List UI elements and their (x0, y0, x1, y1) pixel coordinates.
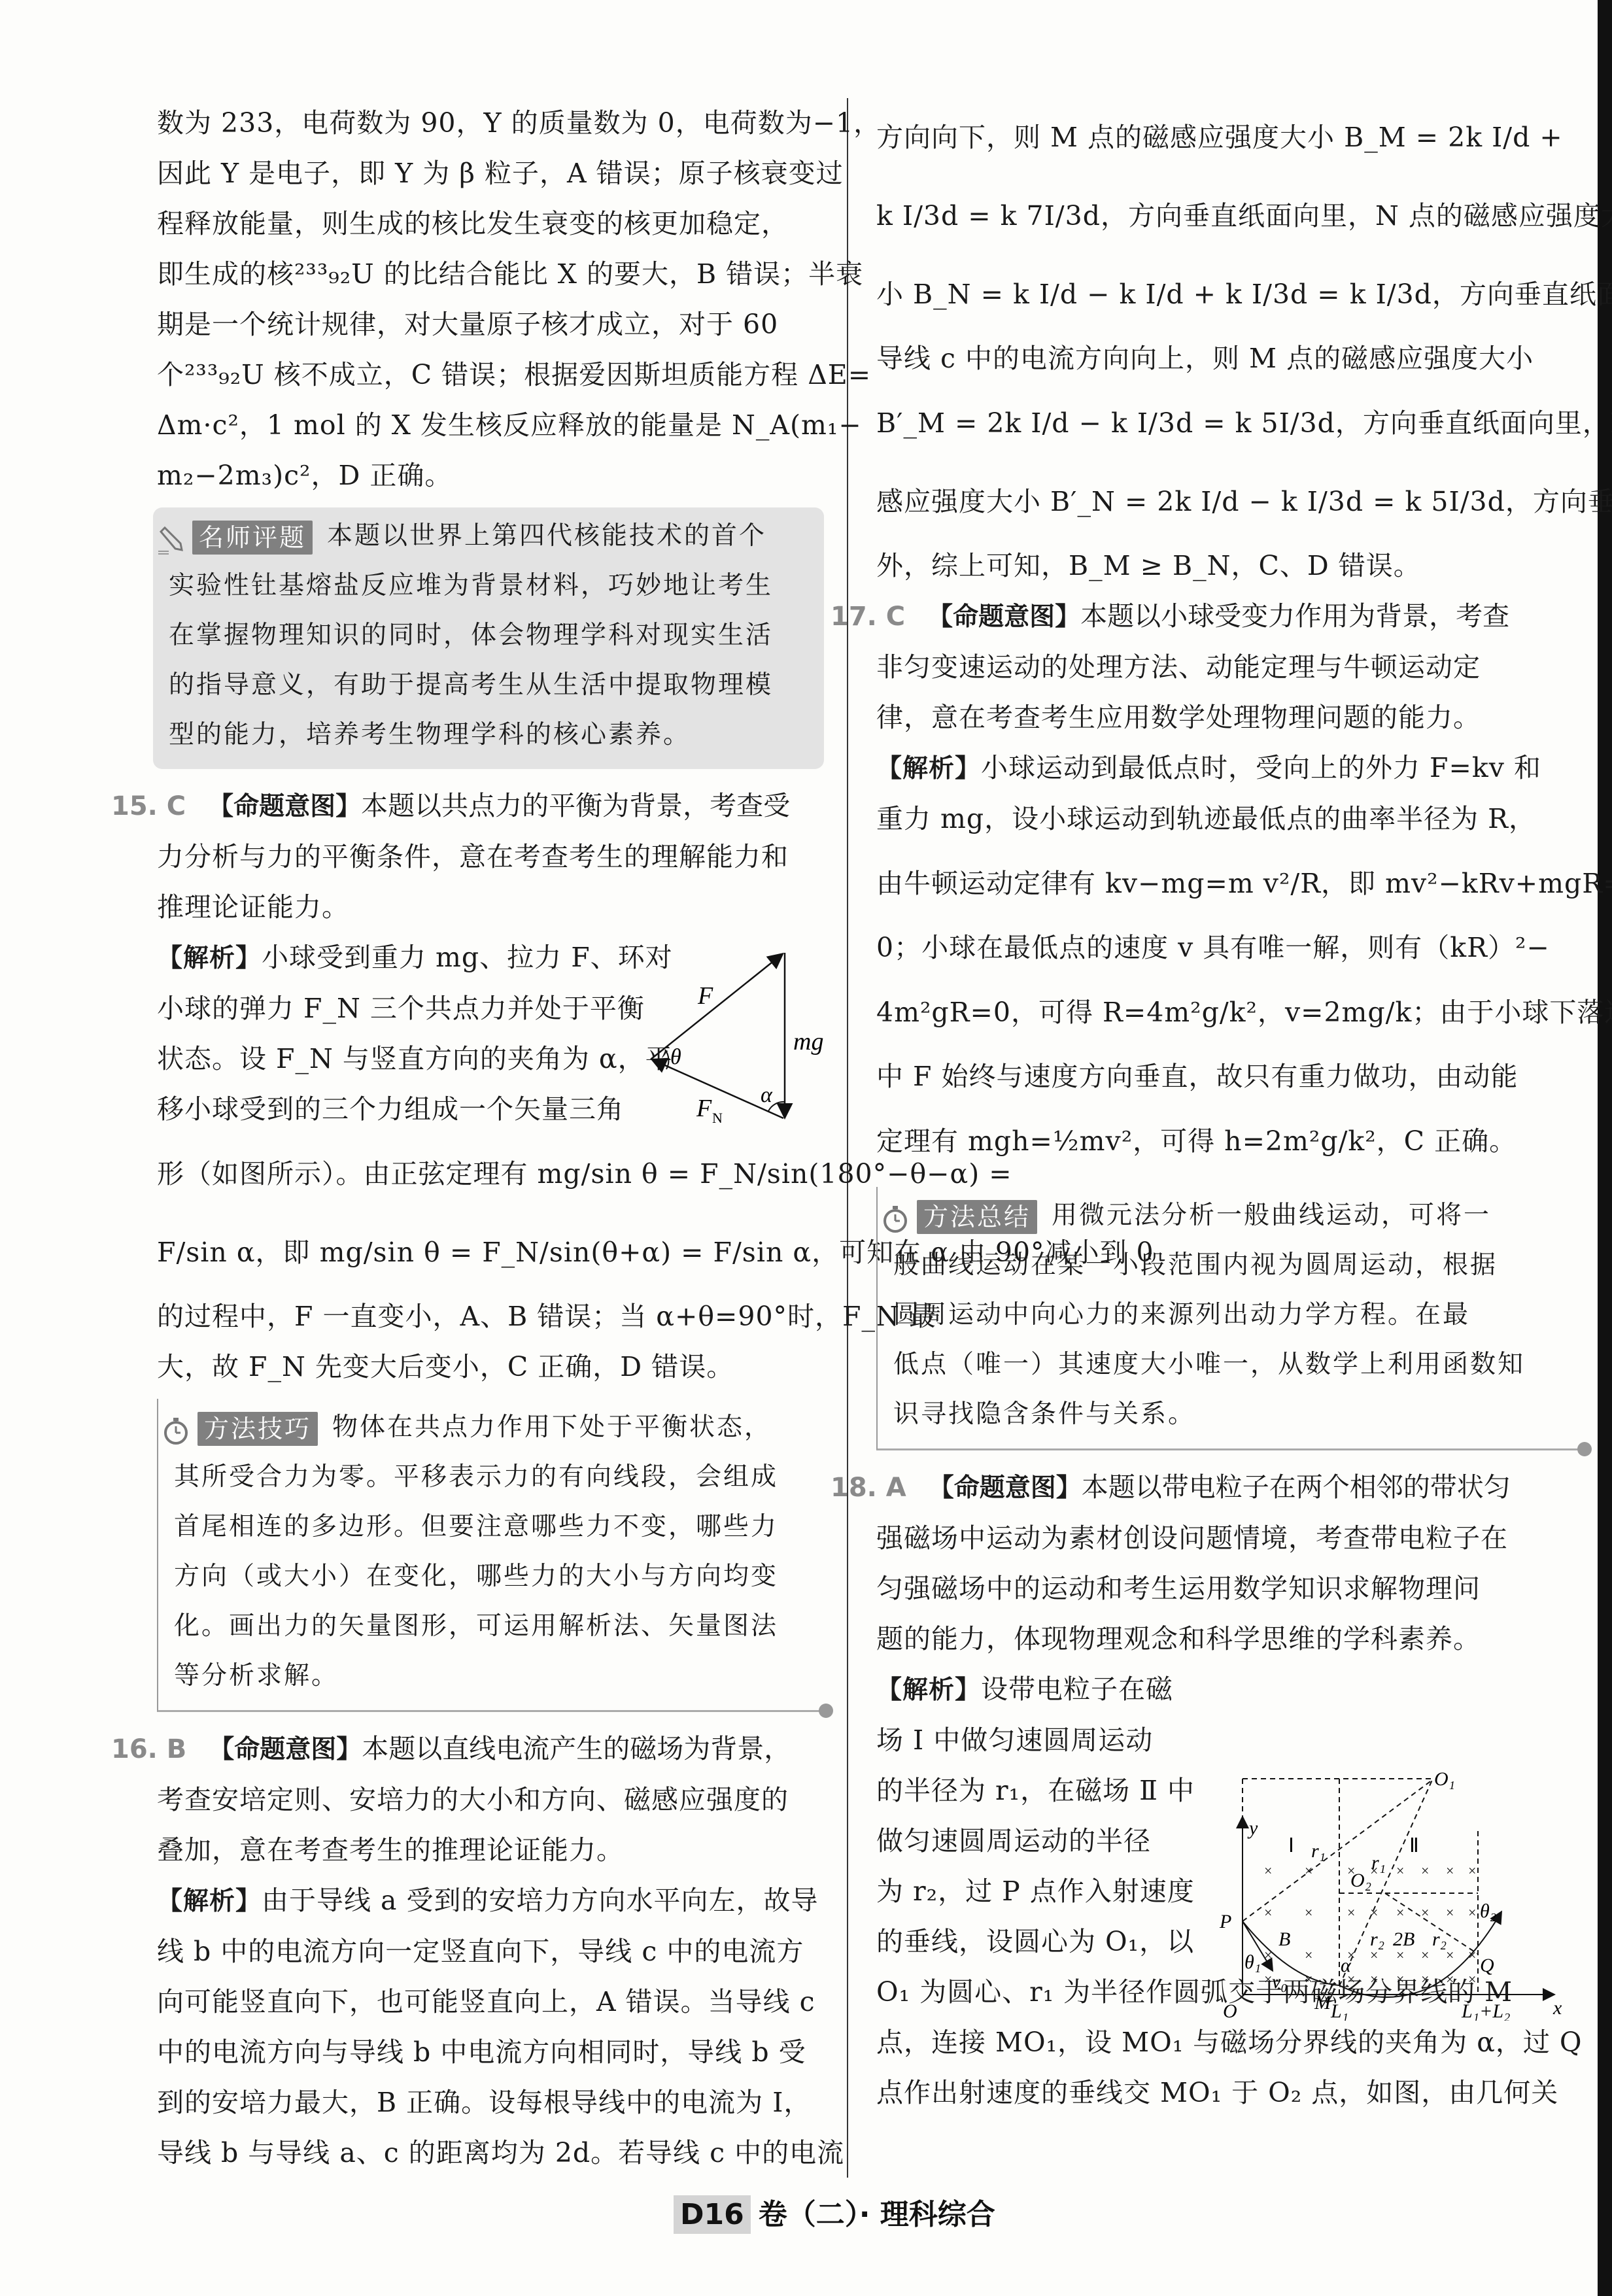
question-15: 15. C【命题意图】本题以共点力的平衡为背景，考查受 力分析与力的平衡条件，意… (157, 781, 824, 1712)
text-line: 的过程中，F 一直变小，A、B 错误；当 α+θ=90°时，F_N 最 (157, 1292, 824, 1342)
text-line: 非匀变速运动的处理方法、动能定理与牛顿运动定 (876, 642, 1583, 693)
svg-text:×: × (1446, 1947, 1454, 1963)
svg-text:θ₁: θ₁ (1244, 1951, 1261, 1973)
text-line: 其所受合力为零。平移表示力的有向线段，会组成 (174, 1452, 811, 1502)
svg-text:M: M (1314, 1992, 1332, 2013)
text-line: 本题以直线电流产生的磁场为背景， (362, 1733, 791, 1764)
analysis-tag: 【解析】 (157, 1887, 262, 1916)
text-line: 首尾相连的多边形。但要注意哪些力不变，哪些力 (174, 1502, 811, 1552)
text-line: 圆周运动中向心力的来源列出动力学方程。在最 (893, 1290, 1569, 1340)
svg-text:Ⅱ: Ⅱ (1409, 1835, 1419, 1857)
method-summary-box: 方法总结用微元法分析一般曲线运动，可将一 般曲线运动在某一小段范围内视为圆周运动… (876, 1187, 1583, 1450)
svg-text:r₂: r₂ (1432, 1928, 1447, 1950)
text-line: 物体在共点力作用下处于平衡状态， (332, 1413, 772, 1442)
svg-text:×: × (1264, 1947, 1272, 1963)
box-end-dot (819, 1704, 833, 1718)
text-line: 由于导线 a 受到的安培力方向水平向左，故导 (262, 1885, 819, 1916)
text-line: 中 F 始终与速度方向垂直，故只有重力做功，由动能 (876, 1052, 1583, 1102)
svg-text:×: × (1264, 1862, 1272, 1879)
teacher-comment-box: 名师评题本题以世界上第四代核能技术的首个 实验性钍基熔盐反应堆为背景材料，巧妙地… (153, 507, 824, 769)
svg-text:θ₂: θ₂ (1480, 1900, 1496, 1922)
text-line: 大，故 F_N 先变大后变小，C 正确，D 错误。 (157, 1342, 824, 1392)
svg-text:O: O (1223, 2000, 1237, 2021)
svg-text:×: × (1446, 1971, 1454, 1987)
q16-continuation: 方向向下，则 M 点的磁感应强度大小 B_M = 2k I/d + k I/3d… (876, 98, 1583, 591)
text-line: 本题以世界上第四代核能技术的首个 (327, 521, 766, 551)
text-line: 个²³³₉₂U 核不成立，C 错误；根据爱因斯坦质能方程 ΔE= (157, 350, 824, 400)
text-line: 场 Ⅰ 中做匀速圆周运动 (876, 1715, 1583, 1766)
svg-text:×: × (1370, 1904, 1378, 1921)
stopwatch-icon (880, 1202, 910, 1232)
svg-text:L₁: L₁ (1330, 2000, 1348, 2021)
text-line: 识寻找隐含条件与关系。 (893, 1390, 1569, 1439)
text-line: 感应强度大小 B′_N = 2k I/d − k I/3d = k 5I/3d，… (876, 462, 1583, 541)
text-line: 点作出射速度的垂线交 MO₁ 于 O₂ 点，如图，由几何关 (876, 2068, 1583, 2118)
text-line: 小 B_N = k I/d − k I/d + k I/3d = k I/3d，… (876, 255, 1583, 334)
svg-text:r₂: r₂ (1370, 1928, 1384, 1950)
text-line: 4m²gR=0，可得 R=4m²g/k²，v=2mg/k；由于小球下落过程 (876, 973, 1583, 1052)
page-number: D16 (674, 2195, 751, 2234)
text-line: 律，意在考查考生应用数学处理物理问题的能力。 (876, 693, 1583, 743)
text-line: 到的安培力最大，B 正确。设每根导线中的电流为 I， (157, 2078, 824, 2128)
text-line: 小球运动到最低点时，受向上的外力 F=kv 和 (981, 752, 1541, 783)
svg-text:×: × (1468, 1947, 1476, 1963)
svg-text:α: α (761, 1083, 773, 1107)
svg-text:y: y (1247, 1817, 1258, 1839)
text-line: 程释放能量，则生成的核比发生衰变的核更加稳定， (157, 199, 824, 249)
question-16: 16. B【命题意图】本题以直线电流产生的磁场为背景， 考查安培定则、安培力的大… (157, 1724, 824, 2178)
svg-text:×: × (1468, 1862, 1476, 1879)
svg-text:×: × (1446, 1862, 1454, 1879)
text-line: 本题以带电粒子在两个相邻的带状匀 (1082, 1471, 1511, 1503)
text-line: F/sin α，即 mg/sin θ = F_N/sin(θ+α) = F/si… (157, 1213, 824, 1292)
svg-text:×: × (1446, 1904, 1454, 1921)
svg-text:×: × (1264, 1971, 1272, 1987)
text-line: k I/3d = k 7I/3d，方向垂直纸面向里，N 点的磁感应强度大 (876, 177, 1583, 255)
svg-text:α: α (1341, 1955, 1352, 1976)
text-line: 般曲线运动在某一小段范围内视为圆周运动，根据 (893, 1241, 1569, 1290)
svg-text:r₁: r₁ (1311, 1840, 1326, 1862)
svg-text:×: × (1264, 1904, 1272, 1921)
svg-text:F: F (696, 1095, 712, 1122)
svg-text:L₁+L₂: L₁+L₂ (1461, 2000, 1510, 2021)
svg-text:N: N (712, 1110, 723, 1126)
svg-text:×: × (1347, 1904, 1355, 1921)
text-line: 低点（唯一）其速度大小唯一，从数学上利用函数知 (893, 1340, 1569, 1390)
intent-tag: 【命题意图】 (927, 602, 1080, 632)
question-number: 18. A (831, 1473, 906, 1503)
text-line: 型的能力，培养考生物理学科的核心素养。 (169, 710, 808, 760)
text-line: 向可能竖直向下，也可能竖直向上，A 错误。当导线 c (157, 1977, 824, 2027)
text-line: 0；小球在最低点的速度 v 具有唯一解，则有（kR）²− (876, 923, 1583, 973)
footer-title: 卷（二）· 理科综合 (759, 2198, 995, 2231)
text-line: 因此 Y 是电子，即 Y 为 β 粒子，A 错误；原子核衰变过 (157, 148, 824, 199)
text-line: 重力 mg，设小球运动到轨迹最低点的曲率半径为 R， (876, 794, 1583, 844)
svg-text:×: × (1305, 1862, 1312, 1879)
text-line: 方向（或大小）在变化，哪些力的大小与方向均变 (174, 1552, 811, 1602)
question-17: 17. C【命题意图】本题以小球受变力作用为背景，考查 非匀变速运动的处理方法、… (876, 591, 1583, 1450)
text-line: Δm·c²，1 mol 的 X 发生核反应释放的能量是 N_A(m₁− (157, 400, 824, 451)
analysis-tag: 【解析】 (157, 944, 262, 973)
box-end-dot (1577, 1442, 1592, 1456)
text-line: 即生成的核²³³₉₂U 的比结合能比 X 的要大，B 错误；半衰 (157, 249, 824, 300)
method-tips-box: 方法技巧物体在共点力作用下处于平衡状态， 其所受合力为零。平移表示力的有向线段，… (157, 1399, 824, 1712)
svg-text:x: x (1552, 1997, 1562, 2019)
text-line: 本题以小球受变力作用为背景，考查 (1080, 600, 1509, 632)
svg-text:×: × (1421, 1971, 1429, 1987)
text-line: B′_M = 2k I/d − k I/3d = k 5I/3d，方向垂直纸面向… (876, 384, 1583, 462)
svg-text:v₀: v₀ (1272, 1971, 1288, 1993)
text-line: 力分析与力的平衡条件，意在考查考生的理解能力和 (157, 832, 824, 882)
svg-text:×: × (1421, 1862, 1429, 1879)
text-line: 中的电流方向与导线 b 中电流方向相同时，导线 b 受 (157, 2027, 824, 2078)
svg-text:×: × (1396, 1971, 1404, 1987)
text-line: m₂−2m₃)c²，D 正确。 (157, 451, 824, 501)
svg-text:×: × (1396, 1862, 1404, 1879)
analysis-tag: 【解析】 (876, 1675, 981, 1705)
svg-text:×: × (1305, 1947, 1312, 1963)
method-summary-badge: 方法总结 (917, 1200, 1037, 1234)
q14-continuation: 数为 233，电荷数为 90，Y 的质量数为 0，电荷数为−1， 因此 Y 是电… (157, 98, 824, 501)
force-triangle-figure: F mg θ α F N (644, 945, 840, 1131)
text-line: 本题以共点力的平衡为背景，考查受 (361, 790, 790, 821)
svg-text:×: × (1305, 1904, 1312, 1921)
intent-tag: 【命题意图】 (208, 792, 361, 821)
question-number: 16. B (111, 1734, 186, 1764)
text-line: 强磁场中运动为素材创设问题情境，考查带电粒子在 (876, 1513, 1583, 1564)
svg-text:O₂: O₂ (1350, 1870, 1371, 1891)
text-line: 由牛顿运动定律有 kv−mg=m v²/R，即 mv²−kRv+mgR= (876, 844, 1583, 923)
text-line: 考查安培定则、安培力的大小和方向、磁感应强度的 (157, 1775, 824, 1825)
text-line: 匀强磁场中的运动和考生运用数学知识求解物理问 (876, 1564, 1583, 1614)
svg-text:×: × (1305, 1971, 1312, 1987)
svg-text:×: × (1468, 1904, 1476, 1921)
text-line: 形（如图所示）。由正弦定理有 mg/sin θ = F_N/sin(180°−θ… (157, 1135, 824, 1213)
text-line: 方向向下，则 M 点的磁感应强度大小 B_M = 2k I/d + (876, 98, 1583, 177)
stopwatch-icon (161, 1414, 191, 1444)
intent-tag: 【命题意图】 (929, 1473, 1082, 1503)
svg-text:×: × (1396, 1904, 1404, 1921)
text-line: 等分析求解。 (174, 1651, 811, 1701)
svg-text:mg: mg (793, 1028, 823, 1055)
svg-text:×: × (1421, 1947, 1429, 1963)
svg-text:O₁: O₁ (1434, 1768, 1455, 1790)
teacher-comment-badge: 名师评题 (192, 521, 313, 555)
text-line: 在掌握物理知识的同时，体会物理学科对现实生活 (169, 611, 808, 660)
text-line: 期是一个统计规律，对大量原子核才成立，对于 60 (157, 300, 824, 350)
left-column: 数为 233，电荷数为 90，Y 的质量数为 0，电荷数为−1， 因此 Y 是电… (157, 98, 824, 2178)
text-line: 线 b 中的电流方向一定竖直向下，导线 c 中的电流方 (157, 1927, 824, 1977)
text-line: 点，连接 MO₁，设 MO₁ 与磁场分界线的夹角为 α，过 Q (876, 2017, 1583, 2068)
question-number: 15. C (111, 791, 186, 821)
text-line: 定理有 mgh=½mv²，可得 h=2m²g/k²，C 正确。 (876, 1102, 1583, 1180)
text-line: 实验性钍基熔盐反应堆为背景材料，巧妙地让考生 (169, 561, 808, 611)
text-line: 导线 c 中的电流方向向上，则 M 点的磁感应强度大小 (876, 334, 1583, 384)
page-footer: D16卷（二）· 理科综合 (674, 2191, 995, 2233)
page-edge-shadow (1598, 0, 1612, 2296)
question-number: 17. C (831, 602, 905, 632)
svg-text:Ⅰ: Ⅰ (1288, 1835, 1294, 1857)
svg-text:P: P (1219, 1911, 1231, 1932)
svg-text:θ: θ (670, 1045, 681, 1069)
text-line: 叠加，意在考查考生的推理论证能力。 (157, 1825, 824, 1876)
text-line: 导线 b 与导线 a、c 的距离均为 2d。若导线 c 中的电流 (157, 2128, 824, 2178)
pencil-icon (156, 523, 186, 553)
svg-text:2B: 2B (1393, 1928, 1415, 1950)
svg-text:r₁: r₁ (1371, 1852, 1386, 1874)
text-line: 题的能力，体现物理观念和科学思维的学科素养。 (876, 1614, 1583, 1664)
text-line: 的指导意义，有助于提高考生从生活中提取物理模 (169, 660, 808, 710)
svg-text:B: B (1278, 1928, 1290, 1950)
text-line: 用微元法分析一般曲线运动，可将一 (1052, 1201, 1491, 1230)
svg-text:×: × (1421, 1904, 1429, 1921)
text-line: 设带电粒子在磁 (981, 1673, 1173, 1705)
label-F: F (697, 982, 713, 1010)
magnetic-field-figure: ×× ×× ×× ×× ×××××× ×××××× ×××××× ×××××× … (1213, 1766, 1579, 2023)
svg-text:×: × (1370, 1971, 1378, 1987)
text-line: 数为 233，电荷数为 90，Y 的质量数为 0，电荷数为−1， (157, 98, 824, 148)
text-line: 小球受到重力 mg、拉力 F、环对 (262, 942, 673, 973)
svg-text:Q: Q (1480, 1955, 1494, 1976)
analysis-tag: 【解析】 (876, 754, 981, 783)
svg-text:×: × (1468, 1971, 1476, 1987)
text-line: 推理论证能力。 (157, 882, 824, 933)
text-line: 外，综上可知，B_M ≥ B_N，C、D 错误。 (876, 541, 1583, 591)
intent-tag: 【命题意图】 (209, 1735, 362, 1764)
text-line: 化。画出力的矢量图形，可运用解析法、矢量图法 (174, 1602, 811, 1651)
method-tips-badge: 方法技巧 (197, 1412, 318, 1446)
